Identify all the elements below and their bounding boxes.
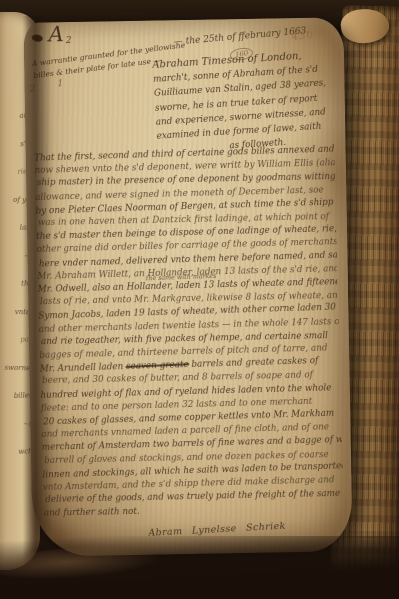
gutter-shadow bbox=[22, 16, 52, 564]
letter-mark-subscript: 2 bbox=[66, 36, 72, 46]
closing-line: and further saith not. bbox=[44, 506, 214, 519]
deposition-heading: Abraham Timeson of London,march't, sonne… bbox=[152, 47, 354, 158]
folio-number: 430 bbox=[291, 30, 314, 43]
photograph-of-open-manuscript-book: ands'drie &of yelast~mthevntopaidsworneb… bbox=[0, 0, 399, 599]
deposition-body: That the first, second and third of cert… bbox=[34, 144, 343, 508]
margin-number: 1 bbox=[57, 79, 63, 89]
manuscript-page: A2 A warrantie graunted for the yellowis… bbox=[23, 17, 352, 557]
